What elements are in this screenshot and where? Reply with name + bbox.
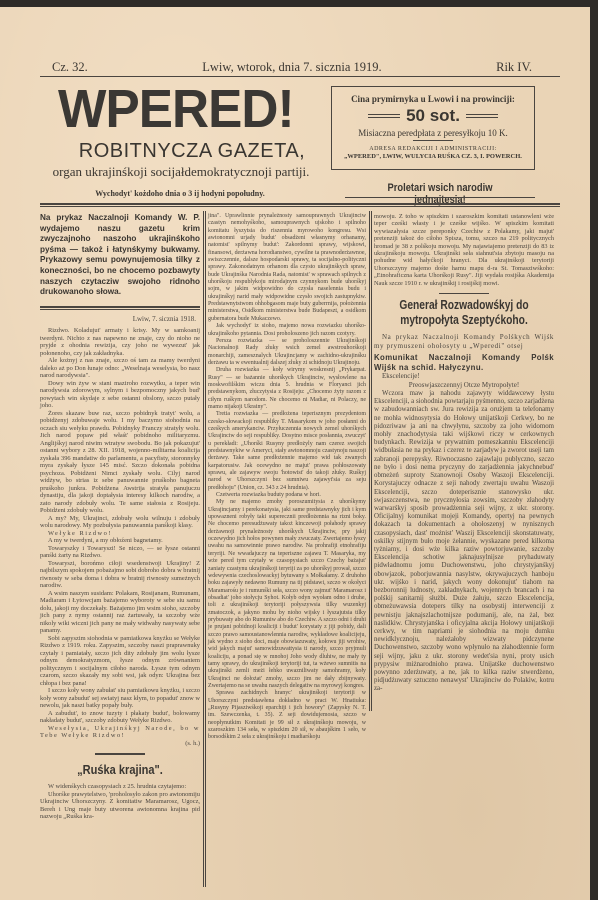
paragraph: Sobi zapyszim siohodnia w pamiatkowa kny… [40, 635, 200, 688]
column-2: jina". Upraw­linnie prynależnosty samoup… [208, 213, 366, 742]
header-double-rule [40, 206, 560, 207]
subscription-price: Misiaczna peredpłata z peresyłkoju 10 K. [332, 128, 534, 138]
column-3: mowoju. Z toho w spiszkim i szaroszkim k… [374, 213, 554, 694]
paragraph: Persza rozwiazka — se proholoszennie Ukr… [208, 338, 366, 367]
paragraph: Wesełysia, Ukrajinśkyj Narode, bo w Tebe… [40, 725, 200, 740]
paragraph: Druha rozwiazka — koły wirymy woskresnij… [208, 367, 366, 411]
paragraph: Tretia rozwiazka — predłożena teperiszny… [208, 411, 366, 492]
price-row: 50 sot. [332, 106, 534, 126]
paragraph: Jak wychodyt' iz sioho, majemo nowa rozw… [208, 323, 366, 338]
paragraph: Żores skazaw buw raz, szczo pobidnyk tra… [40, 410, 200, 515]
paragraph: Czetwerta rozwiazka buduty podana w hori… [208, 492, 366, 499]
paragraph: A wsim naszym susidam: Polakam, Rosijana… [40, 590, 200, 635]
paragraph: A zabudut', to znow tuzyty i płakaty bud… [40, 710, 200, 725]
newspaper-subtitle: ROBITNYCZA GAZETA, [72, 140, 312, 163]
intro: Na prykaz Naczalnoji Komandy Polśkych Wi… [374, 333, 554, 350]
masthead-rule [40, 76, 560, 77]
column-divider [205, 211, 206, 887]
paragraph: Wełyke Rizdwo! [40, 530, 200, 538]
salutation: Preoswjaszczennyj Otcze Mytropołyte! [374, 381, 554, 390]
year: Rik IV. [496, 60, 532, 74]
paragraph: Dowy win żyw w stani maziroho rozwytku, … [40, 380, 200, 410]
divider [40, 306, 200, 310]
divider [439, 293, 489, 294]
article-title: Generał Rozwadowśkyj do mytropołyta Szep… [390, 298, 538, 328]
divider [413, 140, 453, 141]
paragraph: W widenśkych czasopysiach z 25. hrudnia … [40, 783, 200, 791]
column-divider [203, 211, 204, 887]
greeting: Ekscelencije! [374, 372, 554, 381]
organ-line: organ ukrajinśkoji socijałdemokratycznoj… [46, 164, 316, 180]
paragraph: Sprawa zachidnych hranyc' ukrajinśkoji t… [208, 690, 366, 741]
paragraph: jina". Upraw­linnie prynależnosty samoup… [208, 213, 366, 323]
order-notice: Na prykaz Naczalnoji Komandy W. P. wydaj… [40, 213, 200, 298]
paragraph: mowoju. Z toho w spiszkim i szaroszkim k… [374, 213, 554, 287]
slogan-underline [345, 197, 535, 198]
address-label: ADRESA REDAKCIJI I ADMINISTRACIJI: [332, 146, 534, 152]
signature: (s. h.) [40, 740, 200, 748]
divider [95, 753, 145, 755]
paragraph: I szczo koły wony zabułat' siu pamiatkow… [40, 687, 200, 710]
article-dateline: Lwiw, 7. sicznia 1918. [40, 316, 196, 324]
dateline: Lwiw, wtorok, dnia 7. sicznia 1919. [202, 60, 381, 74]
decorative-rule [466, 114, 498, 118]
paragraph: My ne majemo zmohy poroszumitysia z uhor… [208, 499, 366, 690]
paragraph: Ale kożnyj z nas znaje, szczo oś tam za … [40, 357, 200, 380]
paragraph: Towaryszky i Towaryszi! Se niczo, — se ł… [40, 545, 200, 560]
publication-schedule: Wychodyt' kożdoho dnia o 3 ij hodyni pop… [50, 189, 310, 198]
newspaper-page: Cz. 32. Lwiw, wtorok, dnia 7. sicznia 19… [0, 7, 590, 900]
address: „WPERED", LWIW, WULYCIA RUŚKA CZ. 3, I. … [332, 153, 534, 160]
paragraph: Uhorśke prawytelstwo, 'proholosyło zakon… [40, 791, 200, 821]
price-value: 50 sot. [406, 106, 460, 126]
column-divider [369, 211, 370, 711]
decorative-rule [368, 114, 400, 118]
paragraph: Wczora maw ja nahodu zajawyty widdawcewy… [374, 390, 554, 694]
masthead-info-line: Cz. 32. Lwiw, wtorok, dnia 7. sicznia 19… [52, 60, 532, 74]
header-double-rule [40, 203, 560, 205]
newspaper-title: WPERED! [58, 79, 305, 139]
paragraph: A my w twerdyni, a my obłoźeni bagnetamy… [40, 537, 200, 545]
paragraph: A my? My, Ukrajinci, zdobuły wolu wilnuj… [40, 515, 200, 530]
price-box: Cina prymirnyka u Lwowi i na prowinciji:… [331, 86, 535, 170]
price-label: Cina prymirnyka u Lwowi i na prowinciji: [332, 94, 534, 104]
communique-title: Komunikat Naczalnoji Komandy Polśk Wijśk… [374, 353, 554, 372]
column-divider [371, 211, 372, 711]
paragraph: Rizdwo. Koladujut' armaty i krisy. My w … [40, 327, 200, 357]
paragraph: Towaryszi, borońmo ciłoji wsedenstwoji U… [40, 560, 200, 590]
issue-number: Cz. 32. [52, 60, 88, 74]
article-title: „Ruśka krajina". [52, 761, 188, 779]
column-1: Na prykaz Naczalnoji Komandy W. P. wydaj… [40, 213, 200, 821]
